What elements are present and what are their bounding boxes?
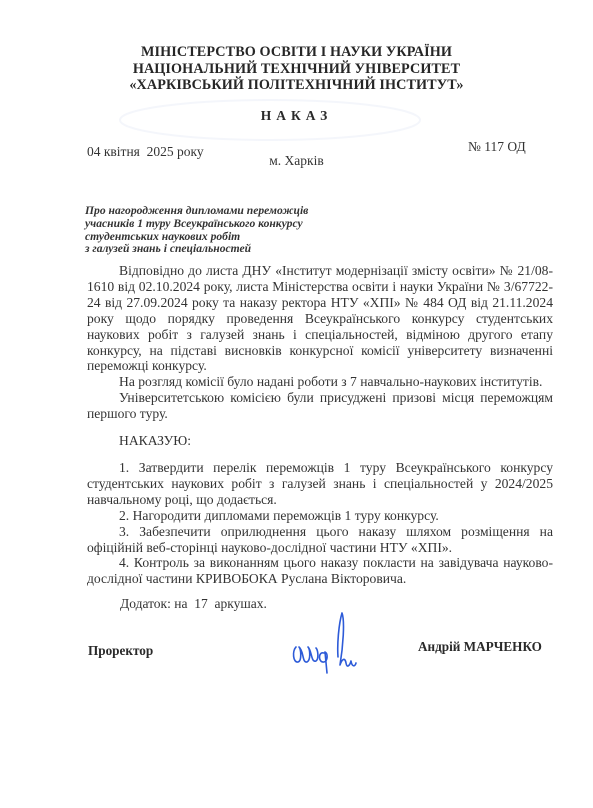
header-line-university: НАЦІОНАЛЬНИЙ ТЕХНІЧНИЙ УНІВЕРСИТЕТ (0, 61, 593, 78)
subject-line: з галузей знань і спеціальностей (85, 243, 308, 256)
signatory-name: Андрій МАРЧЕНКО (418, 639, 542, 655)
paragraph-prizes: Університетською комісією були присуджен… (87, 390, 553, 422)
order-item-3: 3. Забезпечити оприлюднення цього наказу… (87, 524, 553, 556)
document-title: НАКАЗ (0, 108, 593, 124)
header-line-ministry: МІНІСТЕРСТВО ОСВІТИ І НАУКИ УКРАЇНИ (0, 44, 593, 61)
institution-header: МІНІСТЕРСТВО ОСВІТИ І НАУКИ УКРАЇНИ НАЦІ… (0, 44, 593, 94)
handwritten-signature-icon (290, 607, 360, 689)
order-city: м. Харків (0, 153, 593, 169)
order-word: НАКАЗУЮ: (87, 433, 553, 449)
order-item-1: 1. Затвердити перелік переможців 1 туру … (87, 460, 553, 508)
subject-line: учасників 1 туру Всеукраїнського конкурс… (85, 218, 308, 231)
document-page: МІНІСТЕРСТВО ОСВІТИ І НАУКИ УКРАЇНИ НАЦІ… (0, 0, 593, 808)
order-subject: Про нагородження дипломами переможців уч… (85, 205, 308, 256)
order-item-2: 2. Нагородити дипломами переможців 1 тур… (87, 508, 553, 524)
preamble-paragraph: Відповідно до листа ДНУ «Інститут модерн… (87, 263, 553, 374)
order-body: Відповідно до листа ДНУ «Інститут модерн… (87, 263, 553, 587)
header-line-institute: «ХАРКІВСЬКИЙ ПОЛІТЕХНІЧНИЙ ІНСТИТУТ» (0, 77, 593, 94)
signatory-role: Проректор (88, 643, 153, 659)
paragraph-institutes: На розгляд комісії було надані роботи з … (87, 374, 553, 390)
subject-line: Про нагородження дипломами переможців (85, 205, 308, 218)
order-item-4: 4. Контроль за виконанням цього наказу п… (87, 555, 553, 587)
appendix-note: Додаток: на 17 аркушах. (120, 596, 267, 612)
